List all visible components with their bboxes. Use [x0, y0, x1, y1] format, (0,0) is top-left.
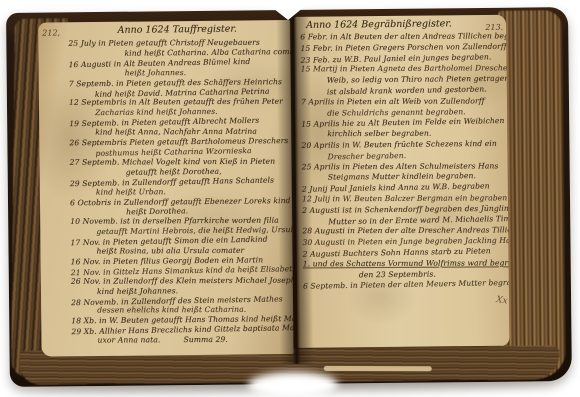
handwritten-line: 12 Septembris in Alt Beuten getaufft des…	[69, 97, 291, 108]
margin-x-mark: Xx	[495, 295, 508, 306]
handwritten-line: heißt Johannes.	[125, 67, 291, 78]
handwritten-line: 12 Julij in W. Beuten Balczer Bergman ei…	[302, 193, 508, 205]
handwritten-line: 6 Septemb. in Pieten der alten Meuers Mu…	[303, 278, 509, 293]
spine-top-notch	[268, 4, 308, 20]
spine-bottom-dip	[248, 372, 338, 397]
page-number-left: 212,	[42, 28, 60, 37]
right-page: 213. Anno 1624 Begräbnißregister. 6 Febr…	[294, 15, 509, 348]
handwritten-line: 6 Febr. in Alt Beuten der alten Andreas …	[300, 31, 506, 43]
handwritten-line: 28 Augusti in Pieten der alte Drescher A…	[302, 226, 508, 238]
handwritten-line: 26 Nov. in Zullendorff des Klein meister…	[71, 275, 293, 286]
handwritten-line: kind heißt Urban.	[96, 186, 292, 197]
handwritten-line: kind heißt Anna, Nachfahr Anna Matrina	[95, 127, 291, 138]
handwritten-line: dessen ehelichs kind heißt Catharina.	[97, 305, 293, 316]
handwritten-line: heißt Rosina, ubi alia Ursula comater	[97, 246, 293, 257]
handwritten-line: kirchlich selber begraben.	[327, 128, 507, 140]
left-page-heading: Anno 1624 Tauffregister.	[38, 20, 290, 39]
right-page-text: 6 Febr. in Alt Beuten der alten Andreas …	[294, 31, 509, 292]
handwritten-line: uxor Anna nata. Summa 29.	[97, 335, 293, 346]
photo-canvas: 212, Anno 1624 Tauffregister. 25 July in…	[0, 0, 580, 397]
left-page: 212, Anno 1624 Tauffregister. 25 July in…	[38, 20, 293, 357]
handwritten-line: 25 July in Pieten getaufft Christoff Neu…	[68, 38, 290, 49]
handwritten-line: 7 Aprilis in Pieten ein alt Weib von Zul…	[301, 96, 507, 108]
handwritten-line: 27 Septemb. Michael Vogelt kind von Kieß…	[70, 156, 292, 167]
handwritten-line: 25 Aprilis in Pieten des Alten Schulmeis…	[302, 161, 508, 173]
handwritten-line: 1. und des Schattens Vormund Wolfrimss w…	[303, 258, 509, 270]
handwritten-line: 10 Novemb. ist in derselben Pfarrkirche …	[70, 216, 292, 227]
left-page-text: 25 July in Pieten getaufft Christoff Neu…	[38, 37, 293, 347]
bottom-edge-highlight	[324, 366, 432, 371]
handwritten-line: 15 Martij in Pieten Agneta des Bartholom…	[301, 64, 507, 76]
open-manuscript-book: 212, Anno 1624 Tauffregister. 25 July in…	[0, 0, 580, 397]
